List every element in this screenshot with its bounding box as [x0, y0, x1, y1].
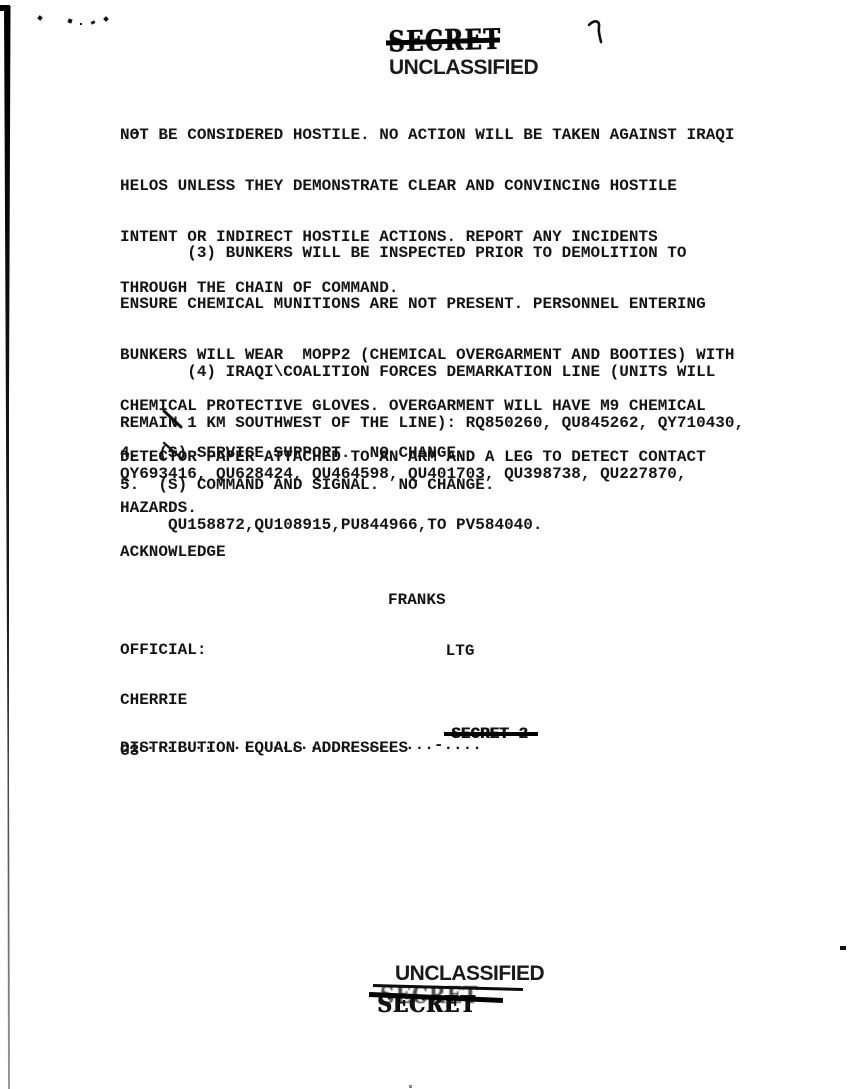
secret-stamp-struck-bottom: SECRET SECRET: [377, 982, 487, 1018]
body-line: HELOS UNLESS THEY DEMONSTRATE CLEAR AND …: [120, 178, 677, 195]
signature-block: FRANKS LTG: [388, 558, 474, 694]
declassification-slash-mark: [161, 409, 183, 429]
body-line: LTG: [388, 643, 474, 660]
body-line: 5. (S) COMMAND AND SIGNAL. NO CHANGE.: [120, 477, 494, 494]
body-line: FRANKS: [388, 592, 474, 609]
scan-speck: [840, 946, 846, 950]
body-line: (3) BUNKERS WILL BE INSPECTED PRIOR TO D…: [120, 245, 735, 262]
scan-speck: [409, 1085, 412, 1088]
body-line: (4) IRAQI\COALITION FORCES DEMARKATION L…: [120, 364, 744, 381]
body-line: NOT BE CONSIDERED HOSTILE. NO ACTION WIL…: [120, 127, 735, 144]
scan-speck: [91, 20, 96, 25]
scan-edge-artifact: [0, 0, 14, 1089]
body-line: ENSURE CHEMICAL MUNITIONS ARE NOT PRESEN…: [120, 296, 735, 313]
secret-stamp-struck: SECRET: [388, 24, 500, 58]
body-line: OFFICIAL:: [120, 642, 206, 659]
document-page: SECRET UNCLASSIFIED NOT BE CONSIDERED HO…: [0, 0, 850, 1089]
scan-speck: [37, 15, 43, 21]
declassification-slash-mark: [161, 441, 183, 461]
unclassified-stamp-top: UNCLASSIFIED: [389, 56, 538, 80]
scan-speck: [103, 16, 109, 22]
scan-speck: [80, 23, 82, 25]
handwritten-mark: [583, 14, 613, 48]
scan-speck: [67, 18, 72, 23]
dotted-separator-line: ......................... ... ...-....: [117, 737, 482, 754]
body-line: ACKNOWLEDGE: [120, 544, 226, 561]
strikethrough-line: [444, 732, 538, 736]
body-paragraph: ACKNOWLEDGE: [120, 510, 226, 595]
